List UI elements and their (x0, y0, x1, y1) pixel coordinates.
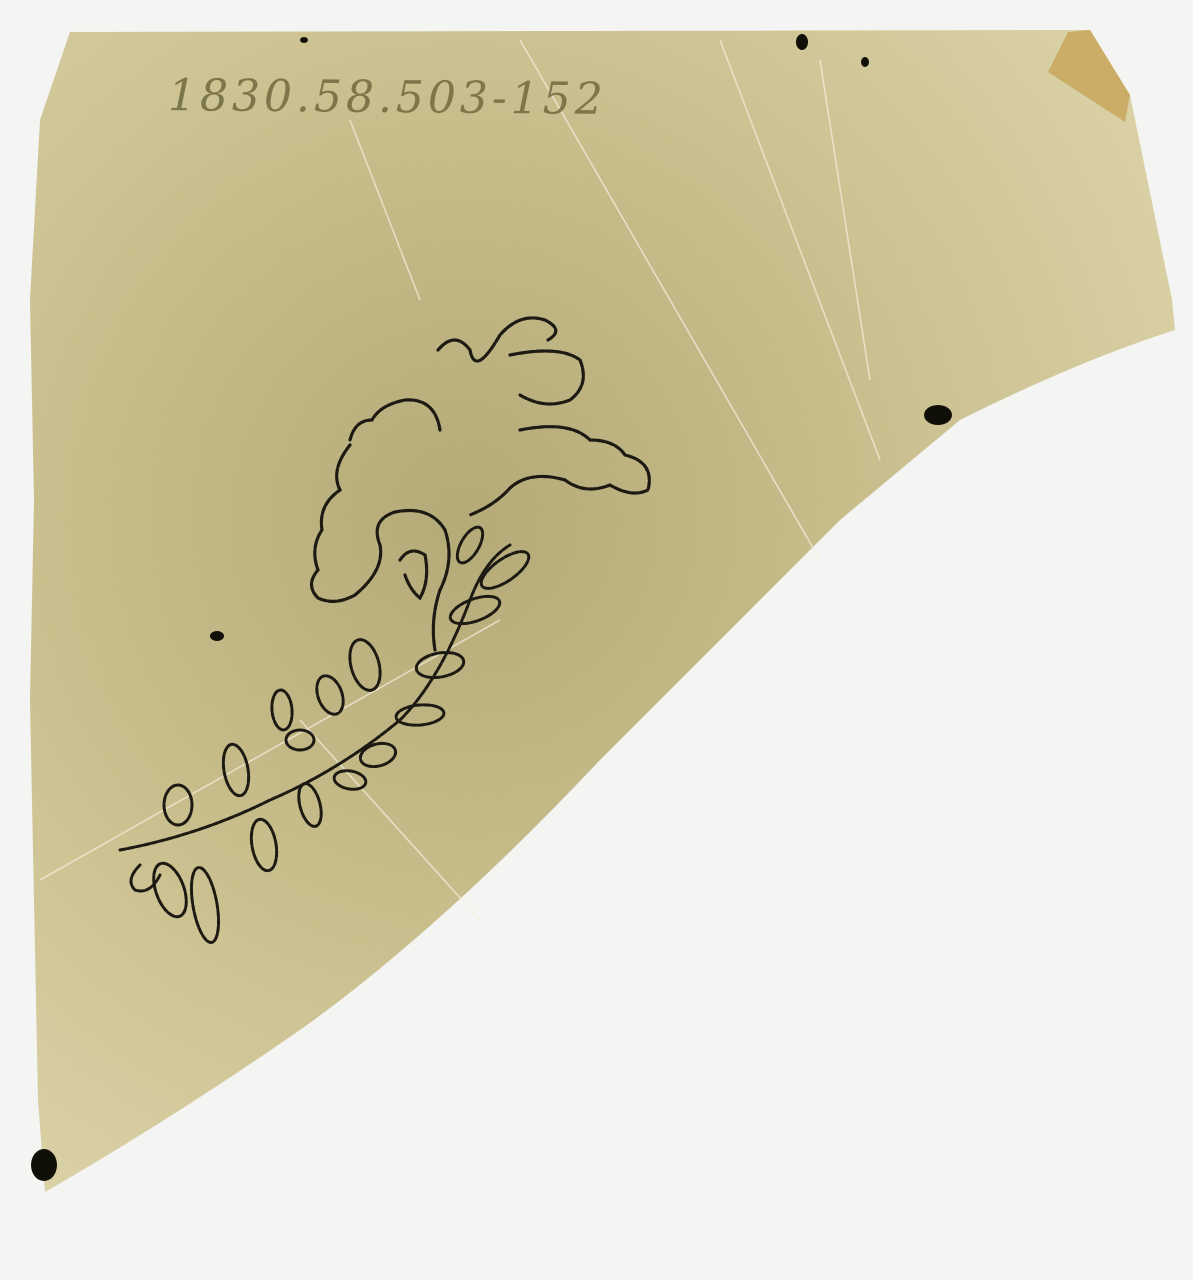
photo-stage: 1830.58.503-152 (0, 0, 1193, 1280)
paper-fragment-illustration (0, 0, 1193, 1280)
accession-number-inscription: 1830.58.503-152 (168, 70, 607, 125)
